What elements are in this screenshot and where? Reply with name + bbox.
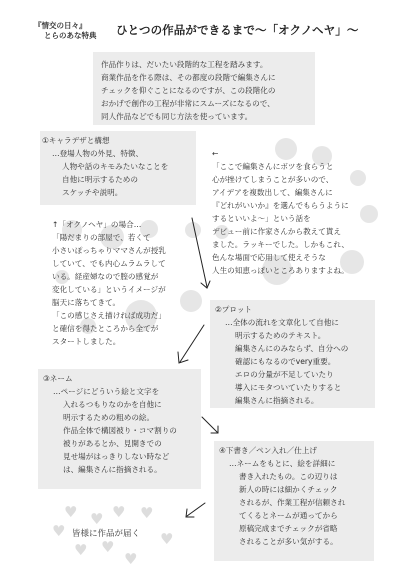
arrow-step2-to-step3: [180, 325, 204, 362]
flow-arrows: [0, 0, 400, 578]
arrow-step3-to-step4: [202, 417, 218, 433]
arrow-step4-to-final: [187, 503, 205, 516]
arrow-step1-to-step2: [192, 218, 207, 287]
